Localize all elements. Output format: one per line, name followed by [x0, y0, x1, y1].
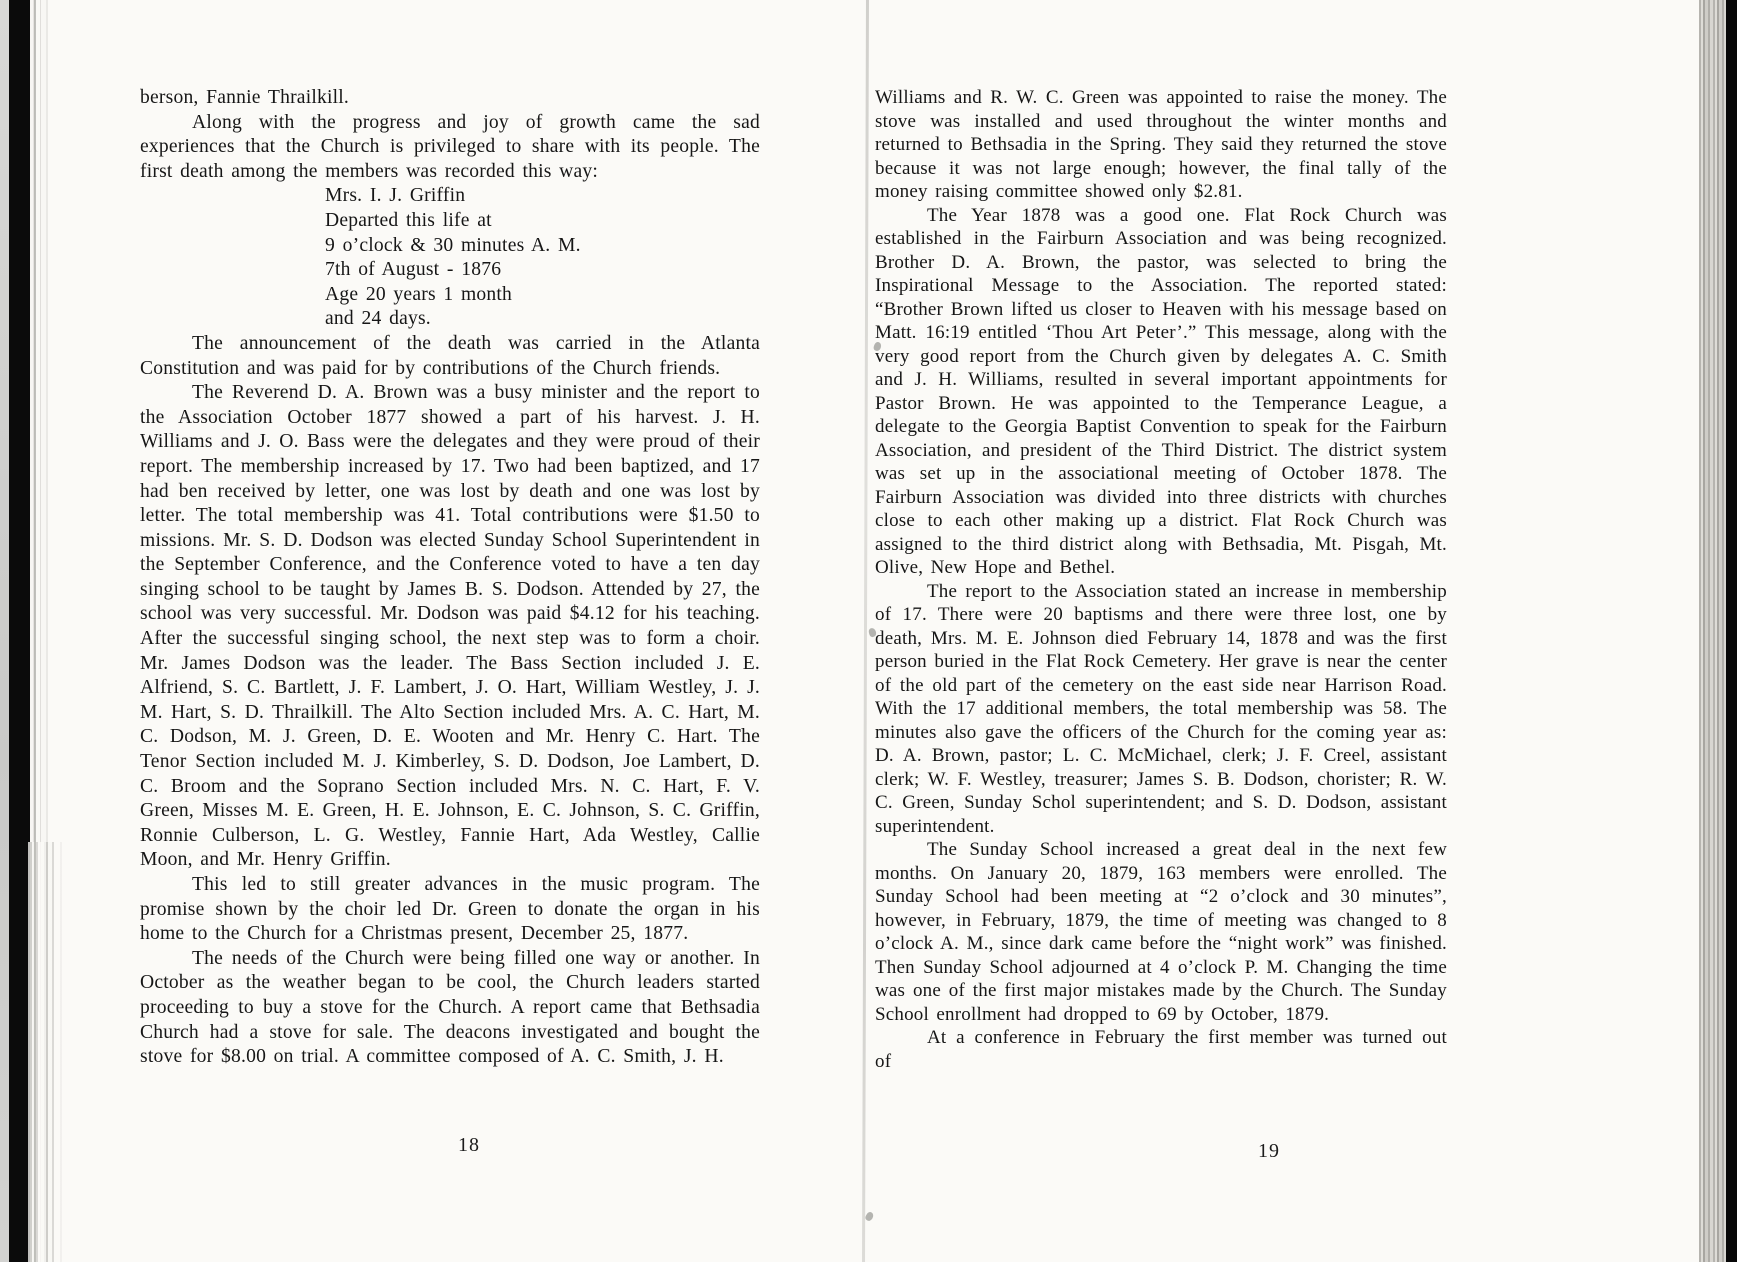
death-record-line: and 24 days. — [325, 307, 760, 332]
page-edge-line-left — [34, 0, 36, 1262]
page-number-left: 18 — [458, 1134, 480, 1157]
paragraph: This led to still greater advances in th… — [140, 873, 760, 947]
death-record-line: Mrs. I. J. Griffin — [325, 184, 760, 209]
paragraph: At a conference in February the first me… — [875, 1026, 1447, 1073]
book-cover-edge-right — [1726, 0, 1737, 1262]
paragraph: The Sunday School increased a great deal… — [875, 838, 1447, 1026]
paragraph: The needs of the Church were being fille… — [140, 947, 760, 1070]
page-stack-edge-right — [1699, 0, 1726, 1262]
paragraph: The Year 1878 was a good one. Flat Rock … — [875, 204, 1447, 580]
death-record-line: 7th of August - 1876 — [325, 258, 760, 283]
paragraph: The announcement of the death was carrie… — [140, 332, 760, 381]
death-record-line: Departed this life at — [325, 209, 760, 234]
right-page-text: Williams and R. W. C. Green was appointe… — [875, 86, 1447, 1073]
paragraph: Along with the progress and joy of growt… — [140, 111, 760, 185]
paragraph: The report to the Association stated an … — [875, 580, 1447, 839]
death-record-line: 9 o’clock & 30 minutes A. M. — [325, 234, 760, 259]
death-record: Mrs. I. J. Griffin Departed this life at… — [325, 184, 760, 332]
paragraph: The Reverend D. A. Brown was a busy mini… — [140, 381, 760, 873]
book-cover-edge-left — [9, 0, 30, 1262]
scan-left-margin — [0, 0, 9, 1262]
binding-speck — [864, 1211, 875, 1222]
book-scan: berson, Fannie Thrailkill. Along with th… — [0, 0, 1737, 1262]
paragraph: berson, Fannie Thrailkill. — [140, 86, 760, 111]
paragraph: Williams and R. W. C. Green was appointe… — [875, 86, 1447, 204]
page-number-right: 19 — [1258, 1140, 1280, 1163]
left-page-text: berson, Fannie Thrailkill. Along with th… — [140, 86, 760, 1070]
death-record-line: Age 20 years 1 month — [325, 283, 760, 308]
